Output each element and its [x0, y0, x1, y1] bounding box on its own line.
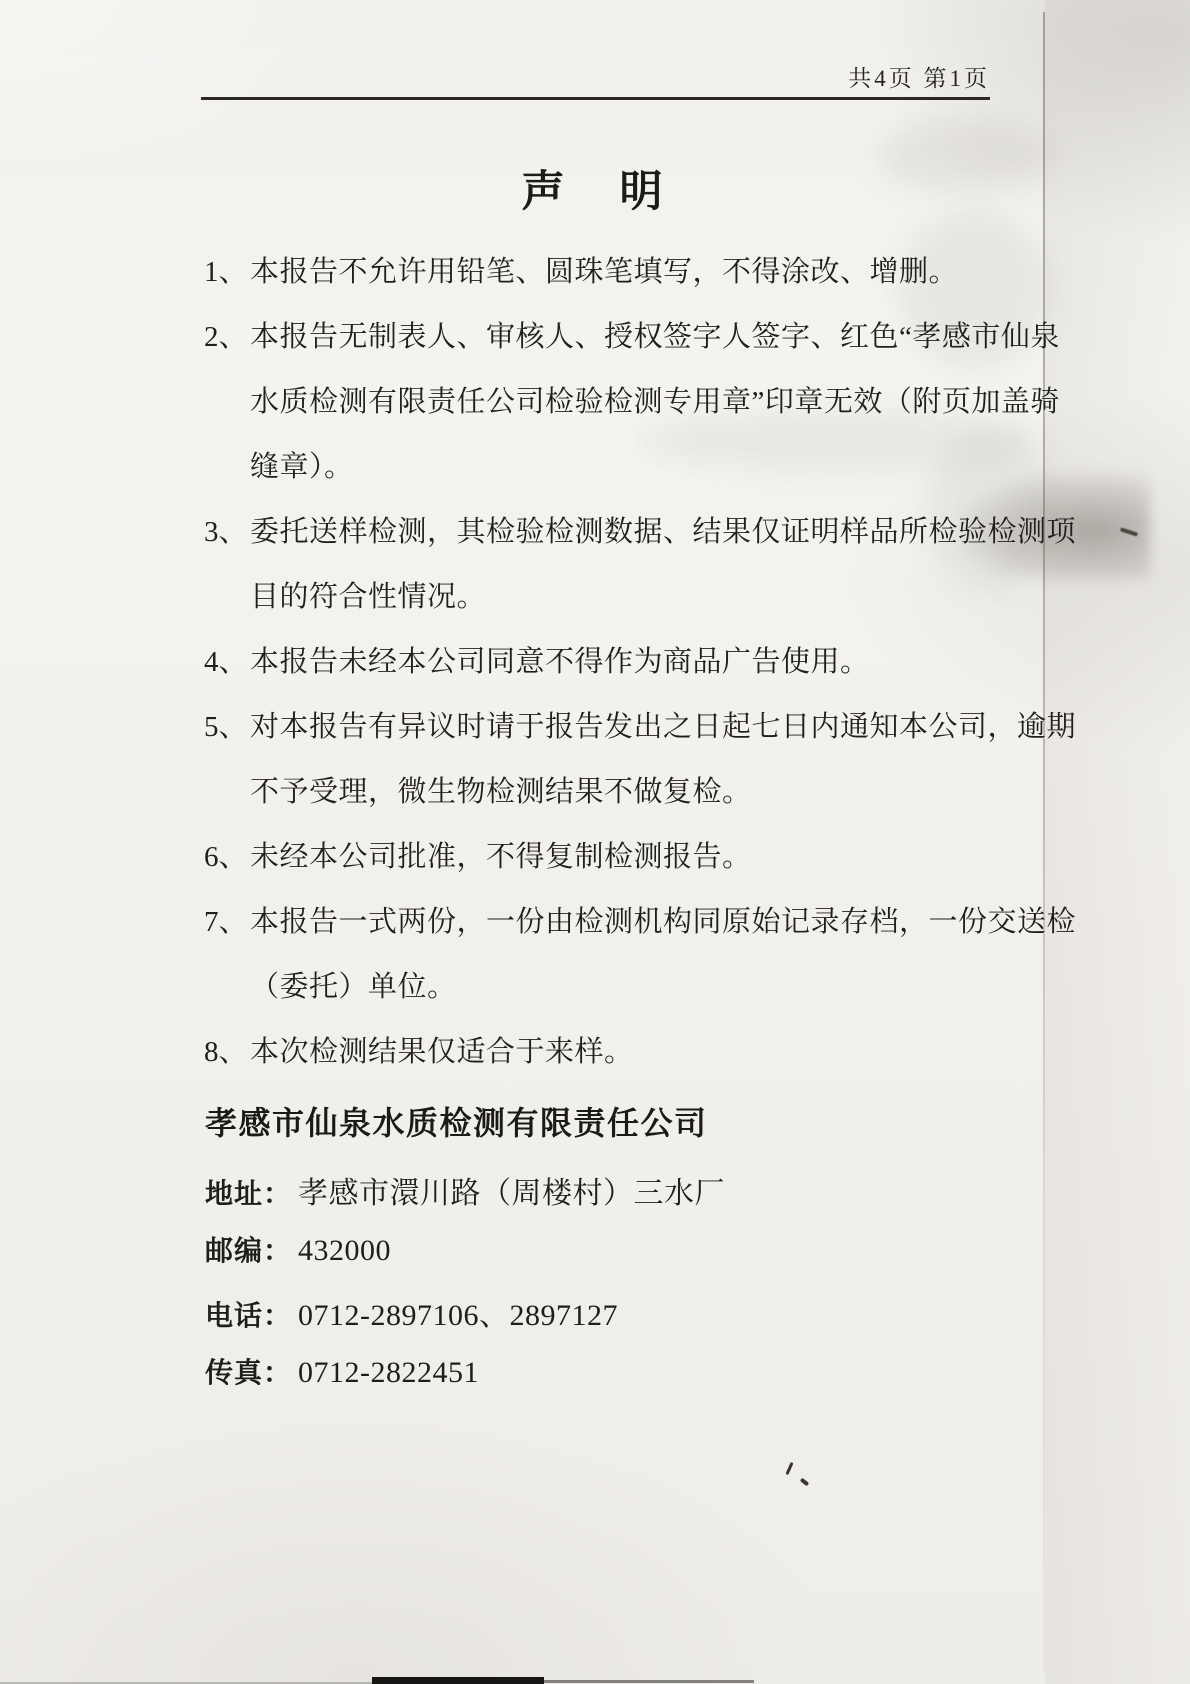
contact-row-postcode: 邮编： 432000: [205, 1229, 725, 1290]
fax-value: 0712-2822451: [298, 1356, 479, 1390]
item-text-line: 水质检测有限责任公司检验检测专用章”印章无效（附页加盖骑: [250, 370, 1060, 435]
item-text-line: 本报告不允许用铅笔、圆珠笔填写，不得涂改、增删。: [250, 240, 958, 305]
list-item-2: 2、 本报告无制表人、审核人、授权签字人签字、红色“孝感市仙泉 水质检测有限责任…: [204, 305, 1044, 500]
address-value: 孝感市澴川路（周楼村）三水厂: [298, 1168, 725, 1212]
scan-right-margin-shading: [1045, 0, 1190, 1684]
item-text-line: 目的符合性情况。: [250, 565, 1076, 630]
item-text-line: 未经本公司批准，不得复制检测报告。: [250, 825, 752, 890]
list-item-4: 4、 本报告未经本公司同意不得作为商品广告使用。: [204, 630, 1044, 695]
list-item-1: 1、 本报告不允许用铅笔、圆珠笔填写，不得涂改、增删。: [204, 240, 1044, 305]
item-number: 3、: [204, 500, 250, 565]
item-text-line: 委托送样检测，其检验检测数据、结果仅证明样品所检验检测项: [250, 500, 1076, 565]
item-number: 1、: [204, 240, 250, 305]
contact-row-address: 地址： 孝感市澴川路（周楼村）三水厂: [205, 1168, 725, 1229]
pen-mark: [785, 1462, 793, 1475]
item-number: 4、: [204, 630, 250, 695]
phone-value: 0712-2897106、2897127: [298, 1290, 618, 1334]
scan-bottom-edge-mark: [372, 1677, 544, 1684]
company-contact-block: 地址： 孝感市澴川路（周楼村）三水厂 邮编： 432000 电话： 0712-2…: [205, 1168, 725, 1412]
list-item-7: 7、 本报告一式两份，一份由检测机构同原始记录存档，一份交送检 （委托）单位。: [204, 890, 1044, 1020]
item-text-line: 对本报告有异议时请于报告发出之日起七日内通知本公司，逾期: [250, 695, 1076, 760]
postcode-label: 邮编：: [205, 1229, 292, 1269]
page-number-indicator: 共4页 第1页: [848, 60, 990, 93]
contact-row-phone: 电话： 0712-2897106、2897127: [205, 1290, 725, 1351]
item-number: 8、: [204, 1020, 250, 1085]
item-text-line: 本次检测结果仅适合于来样。: [250, 1020, 634, 1085]
address-label: 地址：: [205, 1172, 292, 1212]
company-name: 孝感市仙泉水质检测有限责任公司: [205, 1098, 708, 1144]
postcode-value: 432000: [298, 1234, 391, 1268]
item-number: 7、: [204, 890, 250, 955]
header-rule-line: [201, 97, 990, 100]
declaration-list: 1、 本报告不允许用铅笔、圆珠笔填写，不得涂改、增删。 2、 本报告无制表人、审…: [204, 240, 1044, 1085]
list-item-3: 3、 委托送样检测，其检验检测数据、结果仅证明样品所检验检测项 目的符合性情况。: [204, 500, 1044, 630]
item-number: 2、: [204, 305, 250, 370]
item-text-line: 缝章）。: [250, 435, 1060, 500]
scan-bottom-edge-mark: [544, 1680, 754, 1683]
contact-row-fax: 传真： 0712-2822451: [205, 1351, 725, 1412]
document-title: 声 明: [200, 158, 990, 219]
list-item-8: 8、 本次检测结果仅适合于来样。: [204, 1020, 1044, 1085]
list-item-6: 6、 未经本公司批准，不得复制检测报告。: [204, 825, 1044, 890]
item-number: 5、: [204, 695, 250, 760]
pen-mark: [800, 1478, 810, 1487]
scanned-document-page: 共4页 第1页 声 明 1、 本报告不允许用铅笔、圆珠笔填写，不得涂改、增删。 …: [0, 0, 1190, 1684]
phone-label: 电话：: [205, 1294, 292, 1334]
item-number: 6、: [204, 825, 250, 890]
fax-label: 传真：: [205, 1351, 292, 1391]
item-text-line: 不予受理，微生物检测结果不做复检。: [250, 760, 1076, 825]
item-text-line: 本报告无制表人、审核人、授权签字人签字、红色“孝感市仙泉: [250, 305, 1060, 370]
list-item-5: 5、 对本报告有异议时请于报告发出之日起七日内通知本公司，逾期 不予受理，微生物…: [204, 695, 1044, 825]
item-text-line: （委托）单位。: [250, 955, 1076, 1020]
item-text-line: 本报告未经本公司同意不得作为商品广告使用。: [250, 630, 870, 695]
item-text-line: 本报告一式两份，一份由检测机构同原始记录存档，一份交送检: [250, 890, 1076, 955]
